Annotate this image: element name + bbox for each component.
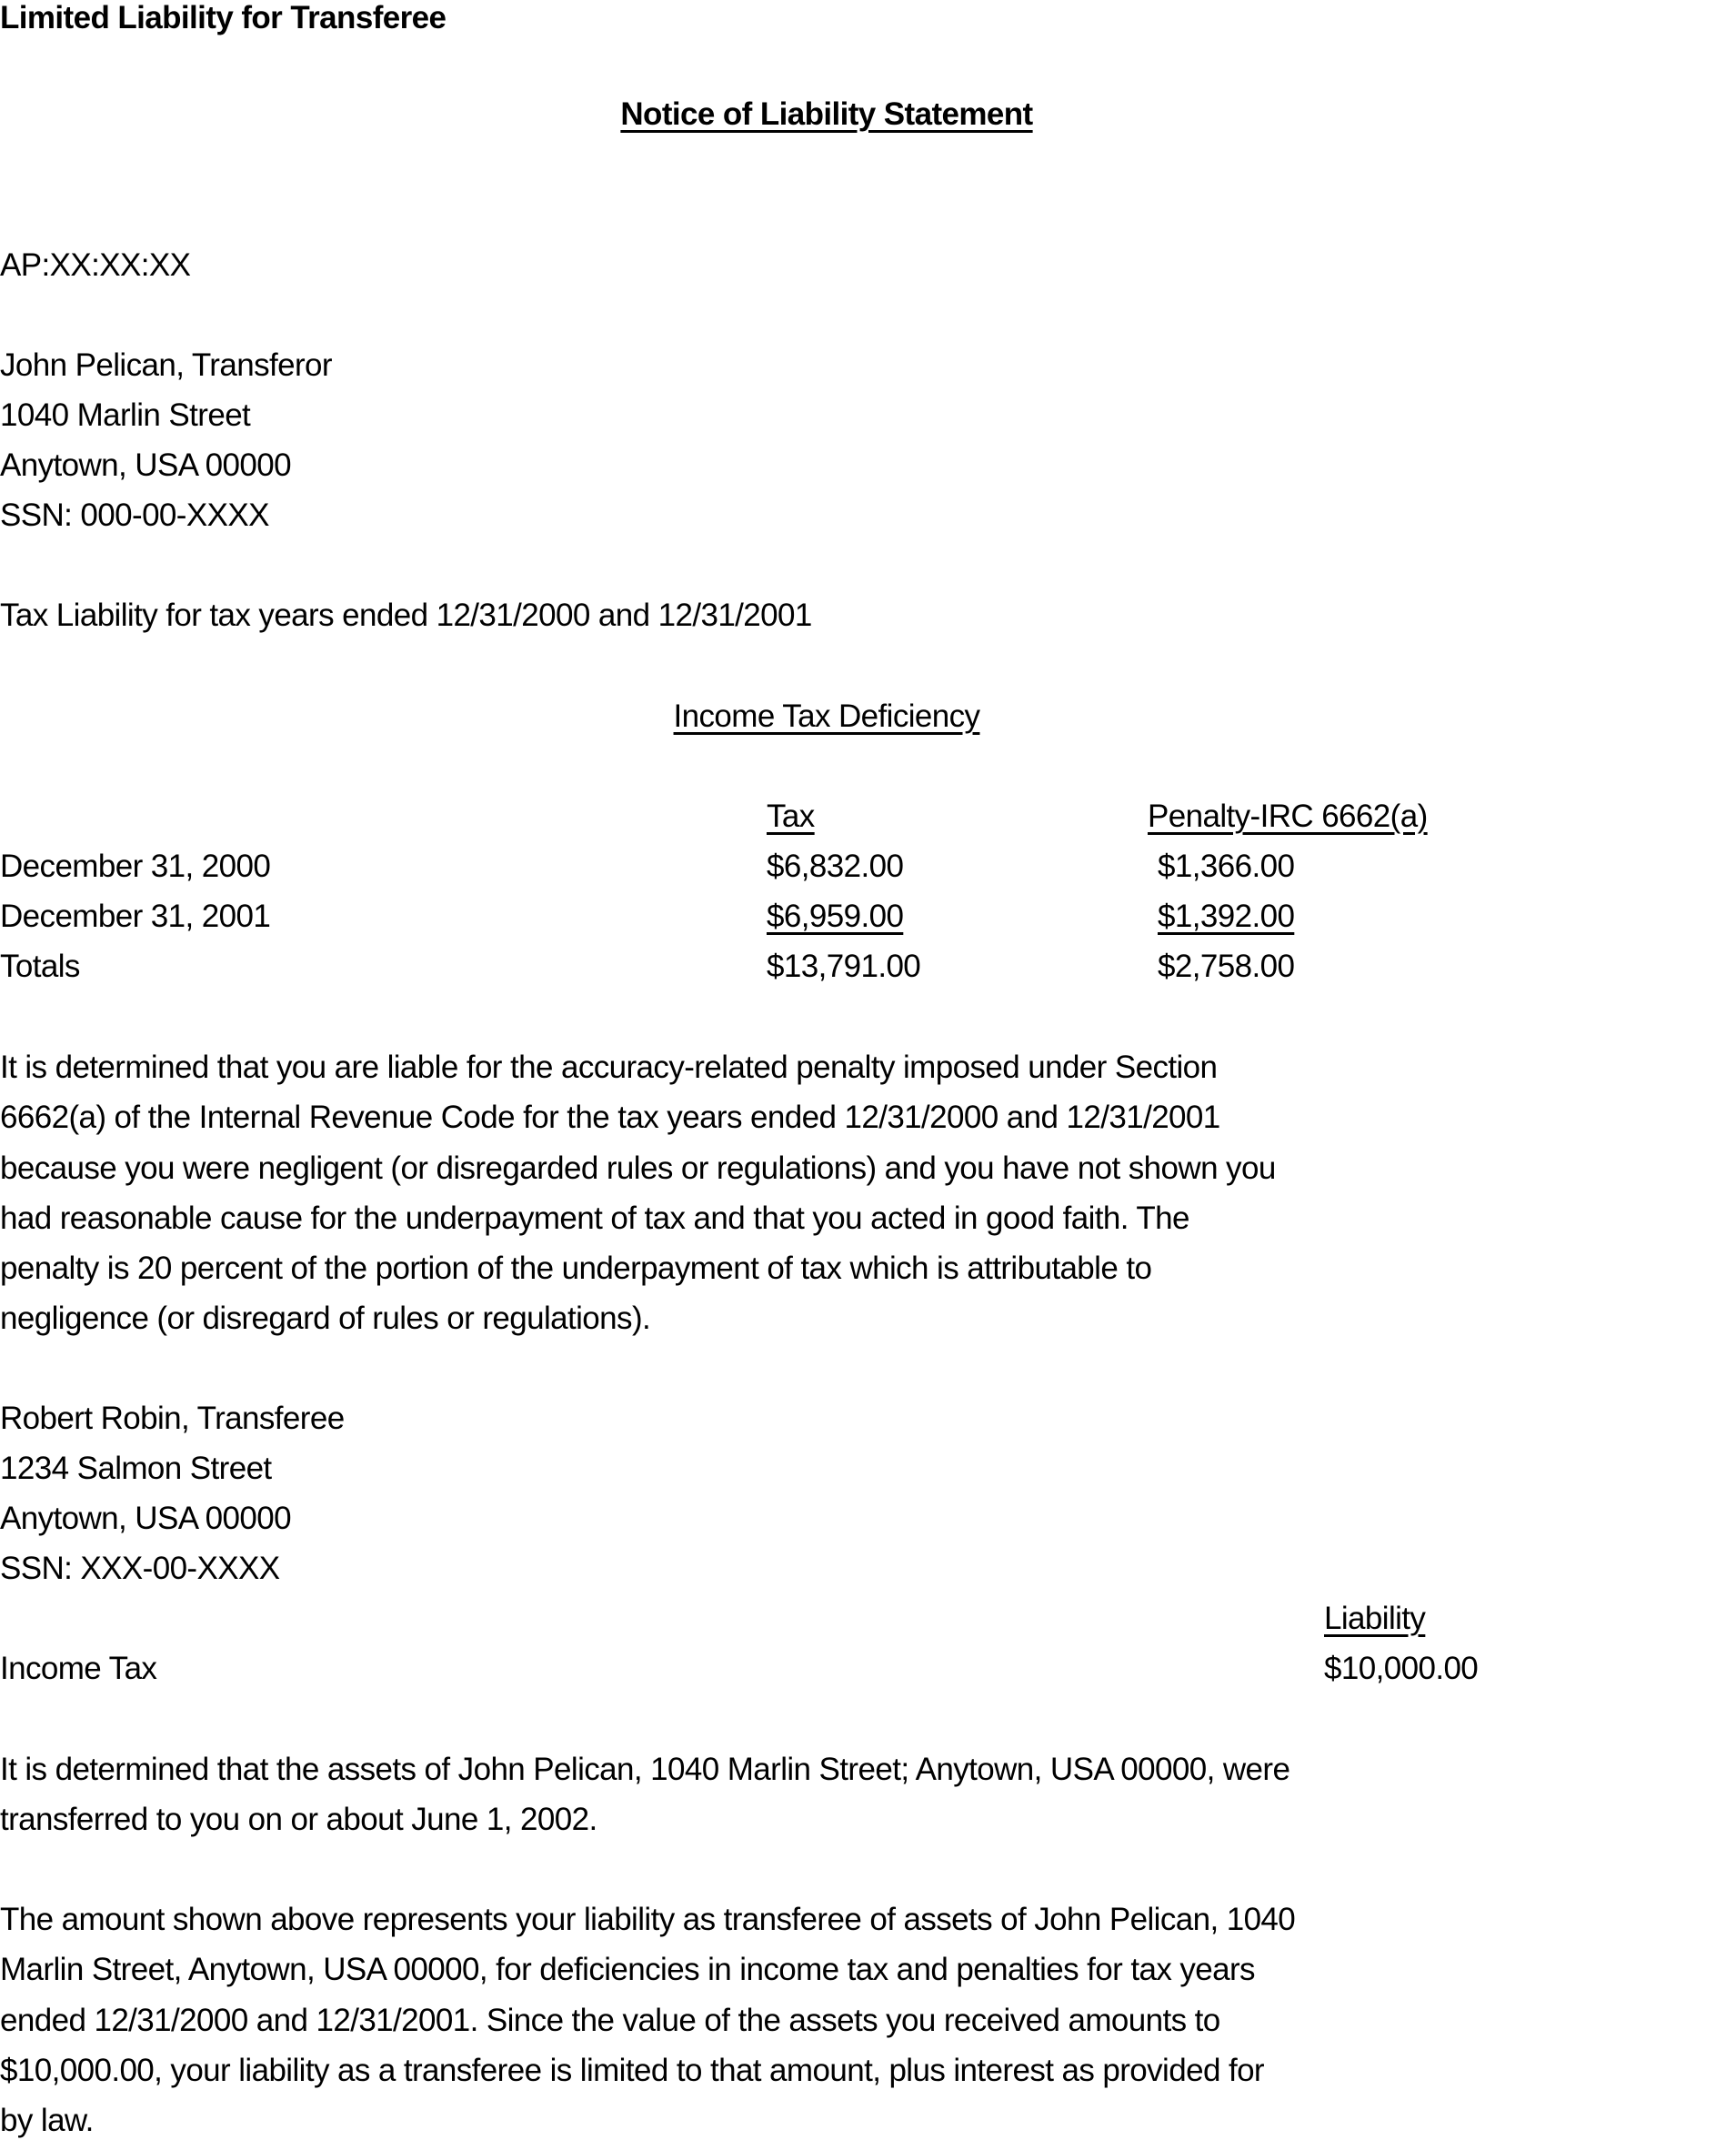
notice-title: Notice of Liability Statement [0,96,1653,133]
paragraph-line: had reasonable cause for the underpaymen… [0,1193,1637,1243]
notice-title-text: Notice of Liability Statement [620,96,1032,133]
transferee-city: Anytown, USA 00000 [0,1501,291,1537]
transferor-ssn: SSN: 000-00-XXXX [0,497,269,534]
liability-amount: $10,000.00 [1324,1651,1478,1687]
paragraph-line: It is determined that the assets of John… [0,1744,1637,1794]
transfer-paragraph: It is determined that the assets of John… [0,1744,1637,1845]
paragraph-line: ended 12/31/2000 and 12/31/2001. Since t… [0,1995,1637,2045]
reference-code: AP:XX:XX:XX [0,247,190,284]
transferee-ssn: SSN: XXX-00-XXXX [0,1551,279,1587]
transferee-street: 1234 Salmon Street [0,1451,272,1487]
deficiency-title-text: Income Tax Deficiency [674,698,980,734]
paragraph-line: 6662(a) of the Internal Revenue Code for… [0,1092,1637,1142]
row-label: December 31, 2000 [0,849,270,885]
paragraph-line: penalty is 20 percent of the portion of … [0,1243,1637,1293]
column-header-penalty: Penalty-IRC 6662(a) [1148,799,1428,834]
liability-row-label: Income Tax [0,1651,156,1687]
limit-paragraph: The amount shown above represents your l… [0,1894,1637,2145]
tax-liability-line: Tax Liability for tax years ended 12/31/… [0,598,812,634]
penalty-paragraph: It is determined that you are liable for… [0,1042,1637,1344]
paragraph-line: negligence (or disregard of rules or reg… [0,1293,1637,1343]
document-heading: Limited Liability for Transferee [0,0,446,36]
row-penalty: $1,392.00 [1158,899,1294,934]
paragraph-line: Marlin Street, Anytown, USA 00000, for d… [0,1944,1637,1994]
transferee-name: Robert Robin, Transferee [0,1401,345,1437]
row-penalty: $2,758.00 [1158,949,1294,985]
paragraph-line: because you were negligent (or disregard… [0,1143,1637,1193]
paragraph-line: The amount shown above represents your l… [0,1894,1637,1944]
paragraph-line: It is determined that you are liable for… [0,1042,1637,1092]
column-header-liability: Liability [1324,1601,1425,1636]
row-tax: $6,959.00 [767,899,903,934]
paragraph-line: by law. [0,2095,1637,2145]
paragraph-line: transferred to you on or about June 1, 2… [0,1794,1637,1844]
transferor-name: John Pelican, Transferor [0,347,332,384]
deficiency-title: Income Tax Deficiency [0,698,1653,735]
column-header-tax: Tax [767,799,815,834]
row-label: Totals [0,949,80,985]
row-tax: $13,791.00 [767,949,920,985]
row-penalty: $1,366.00 [1158,849,1294,885]
row-tax: $6,832.00 [767,849,903,885]
transferor-city: Anytown, USA 00000 [0,447,291,484]
transferor-street: 1040 Marlin Street [0,397,250,434]
paragraph-line: $10,000.00, your liability as a transfer… [0,2045,1637,2095]
row-label: December 31, 2001 [0,899,270,935]
